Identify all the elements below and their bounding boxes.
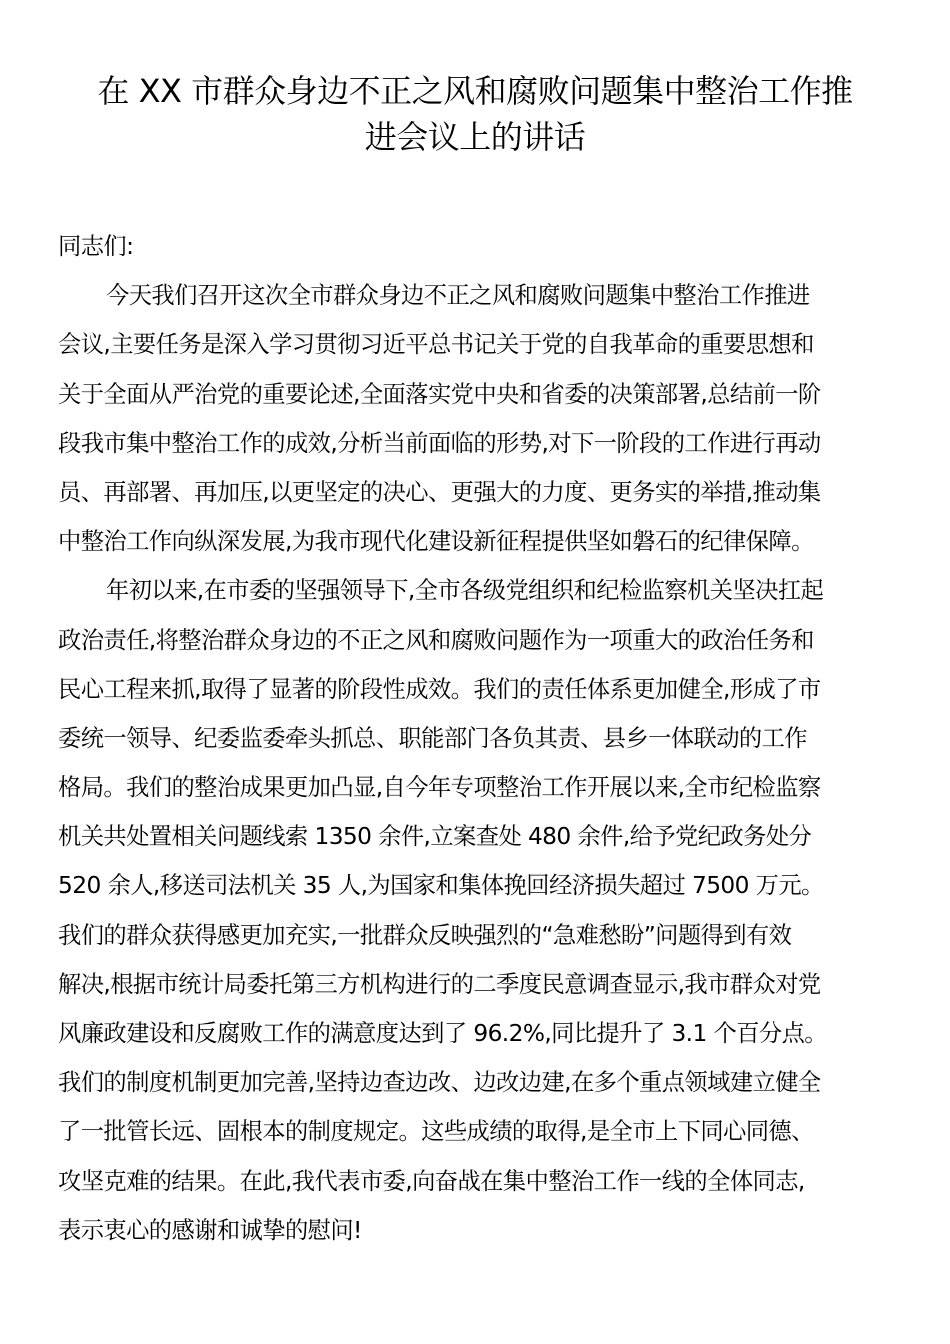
paragraph-line: 政治责任,将整治群众身边的不正之风和腐败问题作为一项重大的政治任务和 [58,616,894,665]
paragraph-line: 员、再部署、再加压,以更坚定的决心、更强大的力度、更务实的举措,推动集 [58,468,894,517]
paragraph-line: 段我市集中整治工作的成效,分析当前面临的形势,对下一阶段的工作进行再动 [58,419,894,468]
paragraph-1: 今天我们召开这次全市群众身边不正之风和腐败问题集中整治工作推进 会议,主要任务是… [58,271,894,566]
paragraph-line: 了一批管长远、固根本的制度规定。这些成绩的取得,是全市上下同心同德、 [58,1107,894,1156]
paragraph-line: 民心工程来抓,取得了显著的阶段性成效。我们的责任体系更加健全,形成了市 [58,665,894,714]
title-line-2: 进会议上的讲话 [50,114,900,160]
document-page: 在 XX 市群众身边不正之风和腐败问题集中整治工作推 进会议上的讲话 同志们: … [0,0,950,1344]
paragraph-line: 表示衷心的感谢和诚挚的慰问! [58,1206,894,1255]
paragraph-line: 520 余人,移送司法机关 35 人,为国家和集体挽回经济损失超过 7500 万… [58,861,894,910]
document-title: 在 XX 市群众身边不正之风和腐败问题集中整治工作推 进会议上的讲话 [50,68,900,160]
paragraph-line: 我们的群众获得感更加充实,一批群众反映强烈的“急难愁盼”问题得到有效 [58,911,894,960]
document-body: 同志们: 今天我们召开这次全市群众身边不正之风和腐败问题集中整治工作推进 会议,… [58,222,894,1255]
paragraph-line: 解决,根据市统计局委托第三方机构进行的二季度民意调查显示,我市群众对党 [58,960,894,1009]
paragraph-line: 委统一领导、纪委监委牵头抓总、职能部门各负其责、县乡一体联动的工作 [58,714,894,763]
paragraph-line: 攻坚克难的结果。在此,我代表市委,向奋战在集中整治工作一线的全体同志, [58,1157,894,1206]
paragraph-2: 年初以来,在市委的坚强领导下,全市各级党组织和纪检监察机关坚决扛起 政治责任,将… [58,566,894,1255]
paragraph-line: 我们的制度机制更加完善,坚持边查边改、边改边建,在多个重点领域建立健全 [58,1058,894,1107]
title-line-1: 在 XX 市群众身边不正之风和腐败问题集中整治工作推 [50,68,900,114]
salutation: 同志们: [58,222,894,271]
paragraph-line: 会议,主要任务是深入学习贯彻习近平总书记关于党的自我革命的重要思想和 [58,320,894,369]
paragraph-line: 风廉政建设和反腐败工作的满意度达到了 96.2%,同比提升了 3.1 个百分点。 [58,1009,894,1058]
paragraph-line: 年初以来,在市委的坚强领导下,全市各级党组织和纪检监察机关坚决扛起 [58,566,894,615]
paragraph-line: 关于全面从严治党的重要论述,全面落实党中央和省委的决策部署,总结前一阶 [58,370,894,419]
paragraph-line: 中整治工作向纵深发展,为我市现代化建设新征程提供坚如磐石的纪律保障。 [58,517,894,566]
paragraph-line: 今天我们召开这次全市群众身边不正之风和腐败问题集中整治工作推进 [58,271,894,320]
paragraph-line: 机关共处置相关问题线索 1350 余件,立案查处 480 余件,给予党纪政务处分 [58,812,894,861]
paragraph-line: 格局。我们的整治成果更加凸显,自今年专项整治工作开展以来,全市纪检监察 [58,763,894,812]
